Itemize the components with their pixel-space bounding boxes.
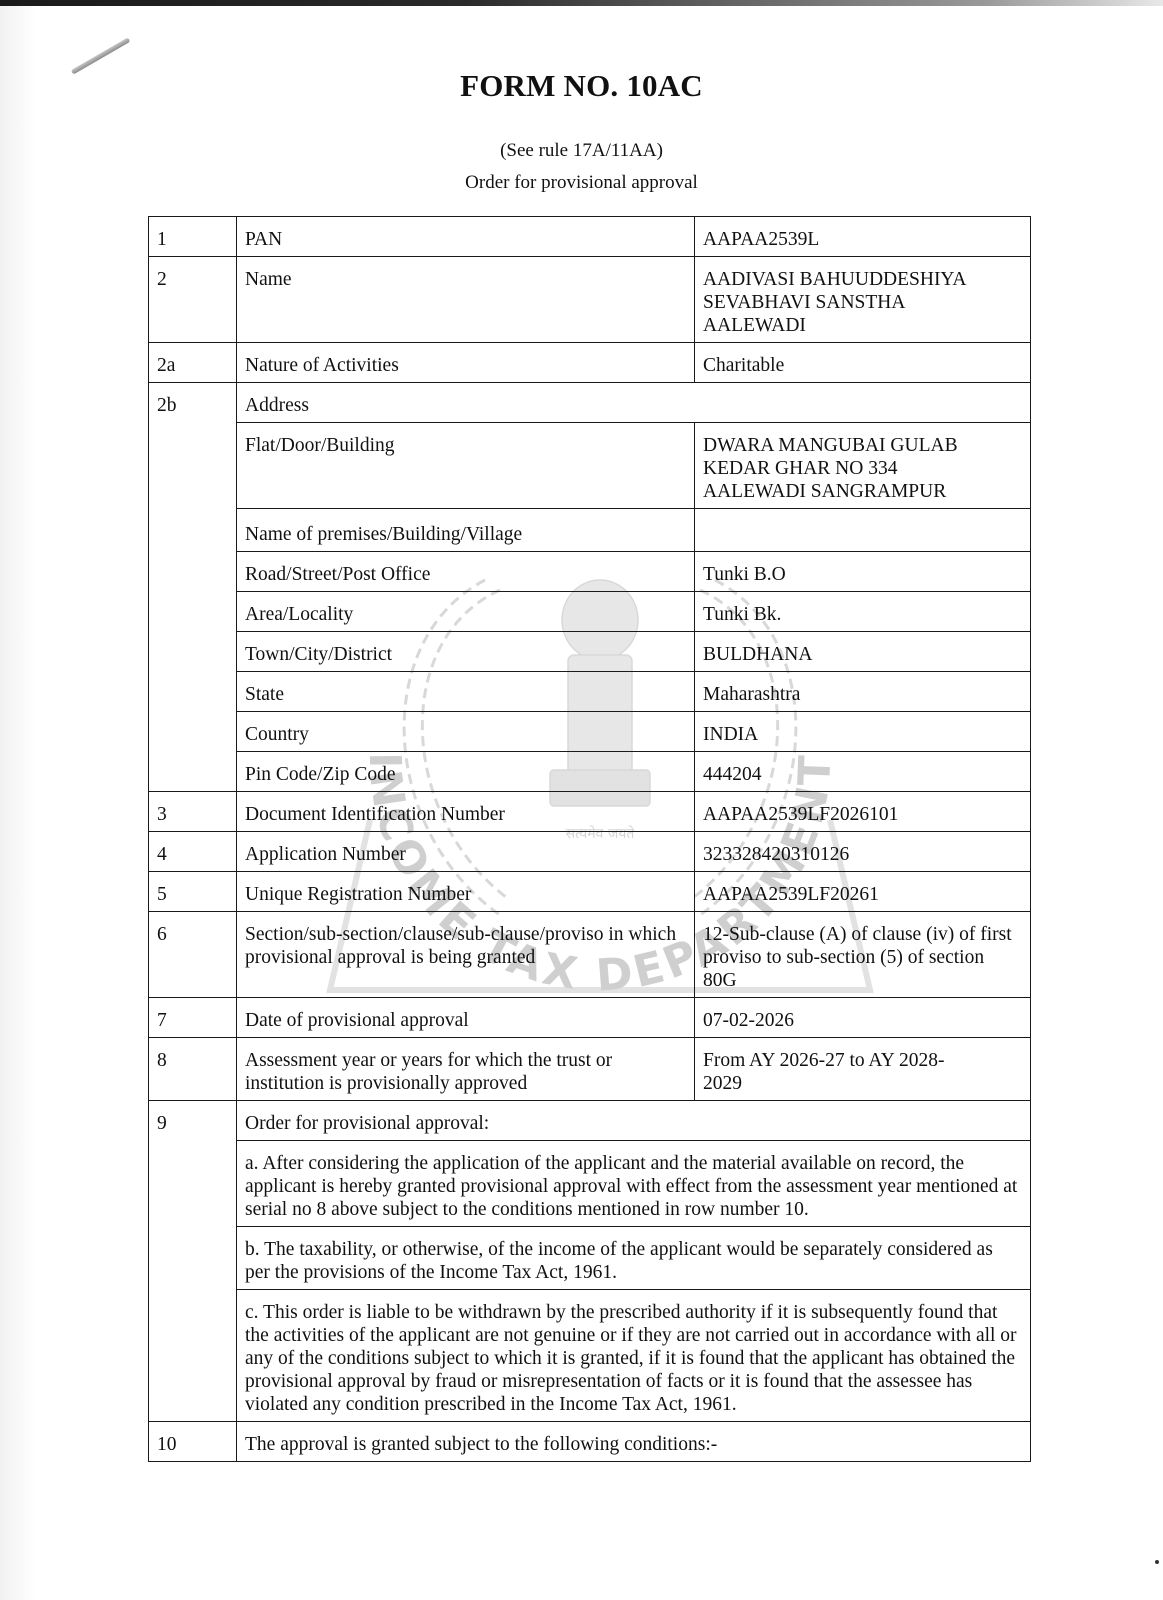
row-number: 4 xyxy=(149,832,237,872)
order-paragraph-row: b. The taxability, or otherwise, of the … xyxy=(149,1227,1031,1290)
scan-edge-left xyxy=(0,6,36,1600)
pan-value: AAPAA2539L xyxy=(695,217,1031,257)
field-label: Unique Registration Number xyxy=(237,872,695,912)
field-label: Assessment year or years for which the t… xyxy=(237,1038,695,1101)
row-number: 1 xyxy=(149,217,237,257)
field-label: Date of provisional approval xyxy=(237,998,695,1038)
address-field-row: Name of premises/Building/Village xyxy=(149,509,1031,552)
name-value: AADIVASI BAHUUDDESHIYA SEVABHAVI SANSTHA… xyxy=(695,257,1031,343)
row-number: 7 xyxy=(149,998,237,1038)
order-paragraph-row: a. After considering the application of … xyxy=(149,1141,1031,1227)
field-label: PAN xyxy=(237,217,695,257)
address-field-label: State xyxy=(237,672,695,712)
address-field-value: DWARA MANGUBAI GULAB KEDAR GHAR NO 334 A… xyxy=(695,423,1031,509)
rule-reference: (See rule 17A/11AA) xyxy=(0,140,1163,162)
order-paragraph-b: b. The taxability, or otherwise, of the … xyxy=(237,1227,1031,1290)
scan-speck xyxy=(1155,1560,1159,1564)
address-field-value: Tunki Bk. xyxy=(695,592,1031,632)
address-field-row: State Maharashtra xyxy=(149,672,1031,712)
row-conditions: 10 The approval is granted subject to th… xyxy=(149,1422,1031,1462)
row-assessment-years: 8 Assessment year or years for which the… xyxy=(149,1038,1031,1101)
approval-date-value: 07-02-2026 xyxy=(695,998,1031,1038)
address-field-row: Road/Street/Post Office Tunki B.O xyxy=(149,552,1031,592)
row-approval-date: 7 Date of provisional approval 07-02-202… xyxy=(149,998,1031,1038)
row-nature: 2a Nature of Activities Charitable xyxy=(149,343,1031,383)
address-field-label: Flat/Door/Building xyxy=(237,423,695,509)
form-title: FORM NO. 10AC xyxy=(0,68,1163,104)
assessment-years-value: From AY 2026-27 to AY 2028- 2029 xyxy=(695,1038,1031,1101)
address-field-value xyxy=(695,509,1031,552)
address-field-row: Town/City/District BULDHANA xyxy=(149,632,1031,672)
din-value: AAPAA2539LF2026101 xyxy=(695,792,1031,832)
scan-edge-top xyxy=(0,0,1163,6)
row-number: 2 xyxy=(149,257,237,343)
address-field-row: Flat/Door/Building DWARA MANGUBAI GULAB … xyxy=(149,423,1031,509)
section-value: 12-Sub-clause (A) of clause (iv) of firs… xyxy=(695,912,1031,998)
row-number: 2a xyxy=(149,343,237,383)
address-field-row: Country INDIA xyxy=(149,712,1031,752)
address-field-value: INDIA xyxy=(695,712,1031,752)
row-number: 9 xyxy=(149,1101,237,1422)
row-din: 3 Document Identification Number AAPAA25… xyxy=(149,792,1031,832)
row-urn: 5 Unique Registration Number AAPAA2539LF… xyxy=(149,872,1031,912)
field-label: Document Identification Number xyxy=(237,792,695,832)
row-number: 5 xyxy=(149,872,237,912)
row-number: 6 xyxy=(149,912,237,998)
row-number: 2b xyxy=(149,383,237,792)
row-pan: 1 PAN AAPAA2539L xyxy=(149,217,1031,257)
field-label: Application Number xyxy=(237,832,695,872)
row-order-header: 9 Order for provisional approval: xyxy=(149,1101,1031,1141)
field-label: Name xyxy=(237,257,695,343)
row-address-header: 2b Address xyxy=(149,383,1031,423)
address-field-label: Town/City/District xyxy=(237,632,695,672)
address-field-label: Area/Locality xyxy=(237,592,695,632)
row-application-number: 4 Application Number 323328420310126 xyxy=(149,832,1031,872)
address-field-value: Maharashtra xyxy=(695,672,1031,712)
order-heading: Order for provisional approval: xyxy=(237,1101,1031,1141)
row-section: 6 Section/sub-section/clause/sub-clause/… xyxy=(149,912,1031,998)
address-field-label: Road/Street/Post Office xyxy=(237,552,695,592)
order-paragraph-row: c. This order is liable to be withdrawn … xyxy=(149,1290,1031,1422)
row-number: 8 xyxy=(149,1038,237,1101)
address-field-value: BULDHANA xyxy=(695,632,1031,672)
form-table: 1 PAN AAPAA2539L 2 Name AADIVASI BAHUUDD… xyxy=(148,216,1031,1462)
field-label: Nature of Activities xyxy=(237,343,695,383)
address-field-row: Pin Code/Zip Code 444204 xyxy=(149,752,1031,792)
form-subtitle: Order for provisional approval xyxy=(0,172,1163,194)
nature-value: Charitable xyxy=(695,343,1031,383)
row-name: 2 Name AADIVASI BAHUUDDESHIYA SEVABHAVI … xyxy=(149,257,1031,343)
address-heading: Address xyxy=(237,383,1031,423)
address-field-label: Country xyxy=(237,712,695,752)
address-field-label: Name of premises/Building/Village xyxy=(237,509,695,552)
conditions-heading: The approval is granted subject to the f… xyxy=(237,1422,1031,1462)
address-field-row: Area/Locality Tunki Bk. xyxy=(149,592,1031,632)
address-field-value: Tunki B.O xyxy=(695,552,1031,592)
urn-value: AAPAA2539LF20261 xyxy=(695,872,1031,912)
application-number-value: 323328420310126 xyxy=(695,832,1031,872)
row-number: 3 xyxy=(149,792,237,832)
address-field-value: 444204 xyxy=(695,752,1031,792)
order-paragraph-c: c. This order is liable to be withdrawn … xyxy=(237,1290,1031,1422)
order-paragraph-a: a. After considering the application of … xyxy=(237,1141,1031,1227)
field-label: Section/sub-section/clause/sub-clause/pr… xyxy=(237,912,695,998)
address-field-label: Pin Code/Zip Code xyxy=(237,752,695,792)
row-number: 10 xyxy=(149,1422,237,1462)
